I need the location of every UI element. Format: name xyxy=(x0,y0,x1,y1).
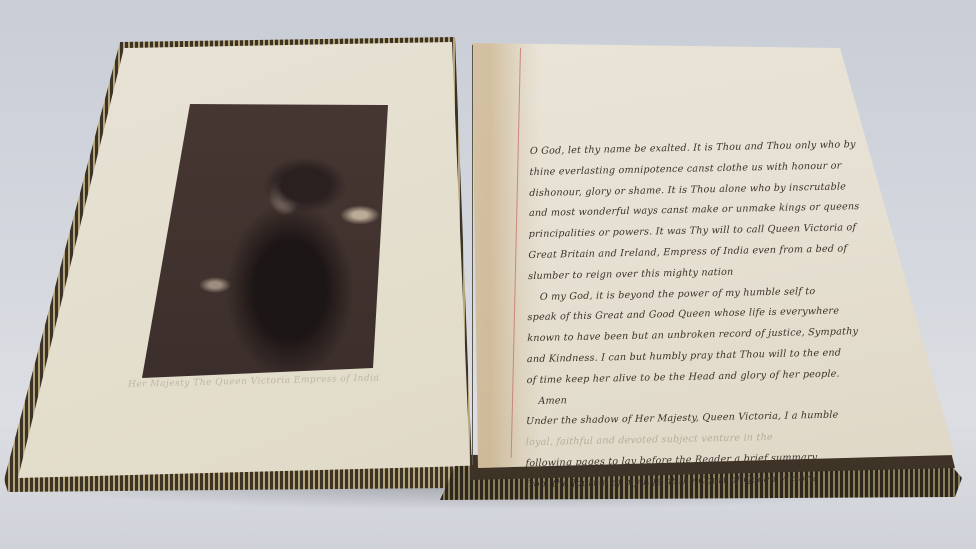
handwritten-text: O God, let thy name be exalted. It is Th… xyxy=(525,133,950,496)
gutter-line xyxy=(472,45,473,465)
book-photograph: Her Majesty The Queen Victoria Empress o… xyxy=(0,0,976,549)
